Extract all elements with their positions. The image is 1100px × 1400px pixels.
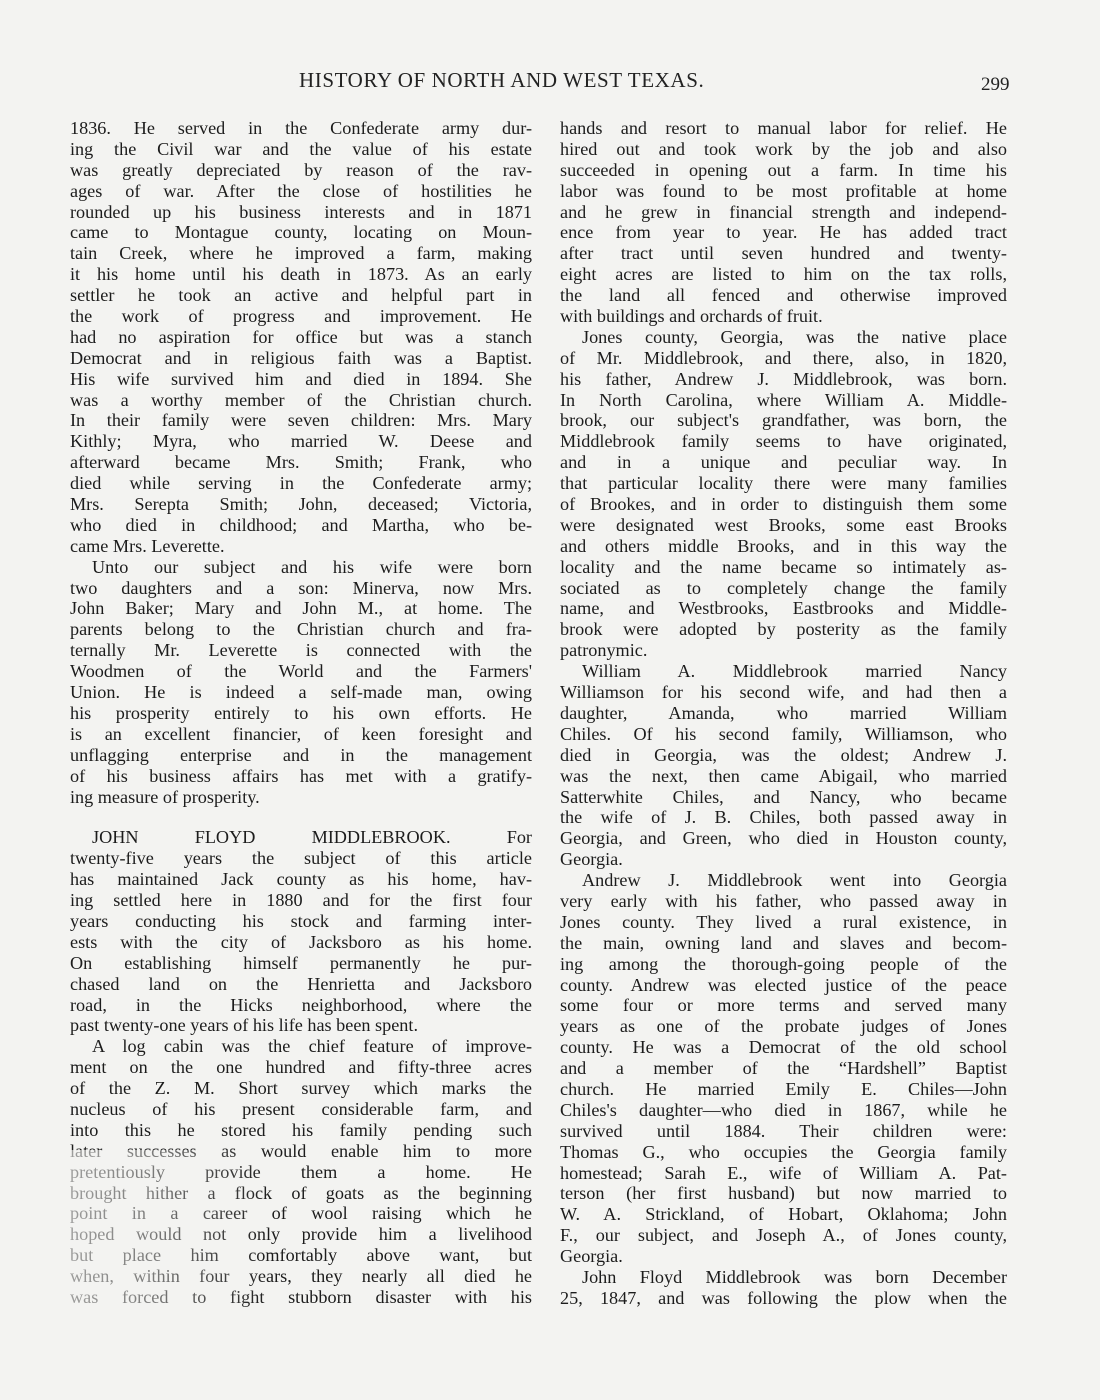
text-line: ternally Mr. Leverette is connected with… [70, 640, 532, 661]
text-line: Georgia. [560, 849, 1007, 870]
text-line: ing the Civil war and the value of his e… [70, 139, 532, 160]
text-line: Middlebrook family seems to have origina… [560, 431, 1007, 452]
text-line: ing settled here in 1880 and for the fir… [70, 890, 532, 911]
text-line: ence from year to year. He has added tra… [560, 222, 1007, 243]
text-line: were designated west Brooks, some east B… [560, 515, 1007, 536]
text-line: his prosperity entirely to his own effor… [70, 703, 532, 724]
text-line: On establishing himself permanently he p… [70, 953, 532, 974]
text-line: brook, our subject's grandfather, was bo… [560, 410, 1007, 431]
text-line: years as one of the probate judges of Jo… [560, 1016, 1007, 1037]
text-line: is an excellent financier, of keen fores… [70, 724, 532, 745]
text-line: locality and the name became so intimate… [560, 557, 1007, 578]
text-line: when, within four years, they nearly all… [70, 1266, 532, 1287]
biography-section-start: JOHN FLOYD MIDDLEBROOK. Fortwenty-five y… [70, 827, 532, 1036]
text-line: church. He married Emily E. Chiles—John [560, 1079, 1007, 1100]
text-line: eight acres are listed to him on the tax… [560, 264, 1007, 285]
text-line: John Baker; Mary and John M., at home. T… [70, 598, 532, 619]
text-line: W. A. Strickland, of Hobart, Oklahoma; J… [560, 1204, 1007, 1225]
paragraph: Andrew J. Middlebrook went into Georgiav… [560, 870, 1007, 1267]
text-line: settler he took an active and helpful pa… [70, 285, 532, 306]
text-line: had no aspiration for office but was a s… [70, 327, 532, 348]
text-line: succeeded in opening out a farm. In time… [560, 160, 1007, 181]
text-line: unflagging enterprise and in the managem… [70, 745, 532, 766]
text-line: tain Creek, where he improved a farm, ma… [70, 243, 532, 264]
text-line: JOHN FLOYD MIDDLEBROOK. For [70, 827, 532, 848]
text-line: and he grew in financial strength and in… [560, 202, 1007, 223]
text-line: it his home until his death in 1873. As … [70, 264, 532, 285]
text-line: the work of progress and improvement. He [70, 306, 532, 327]
text-line: Jones county, Georgia, was the native pl… [560, 327, 1007, 348]
text-line: Kithly; Myra, who married W. Deese and [70, 431, 532, 452]
text-line: daughter, Amanda, who married William [560, 703, 1007, 724]
text-line: Georgia, and Green, who died in Houston … [560, 828, 1007, 849]
text-line: and others middle Brooks, and in this wa… [560, 536, 1007, 557]
text-line: came to Montague county, locating on Mou… [70, 222, 532, 243]
text-line: Chiles. Of his second family, Williamson… [560, 724, 1007, 745]
text-line: was a worthy member of the Christian chu… [70, 390, 532, 411]
text-line: hands and resort to manual labor for rel… [560, 118, 1007, 139]
text-line: chased land on the Henrietta and Jacksbo… [70, 974, 532, 995]
text-line: ages of war. After the close of hostilit… [70, 181, 532, 202]
paragraph: Jones county, Georgia, was the native pl… [560, 327, 1007, 661]
text-line: that particular locality there were many… [560, 473, 1007, 494]
text-line: patronymic. [560, 640, 1007, 661]
text-line: ests with the city of Jacksboro as his h… [70, 932, 532, 953]
text-line: William A. Middlebrook married Nancy [560, 661, 1007, 682]
text-line: came Mrs. Leverette. [70, 536, 532, 557]
text-line: ing measure of prosperity. [70, 787, 532, 808]
right-column: hands and resort to manual labor for rel… [560, 118, 1007, 1309]
text-line: John Floyd Middlebrook was born December [560, 1267, 1007, 1288]
text-line: past twenty-one years of his life has be… [70, 1015, 532, 1036]
running-head: HISTORY OF NORTH AND WEST TEXAS. 299 [0, 68, 1100, 98]
text-line: pretentiously provide them a home. He [70, 1162, 532, 1183]
text-line: the wife of J. B. Chiles, both passed aw… [560, 807, 1007, 828]
text-line: F., our subject, and Joseph A., of Jones… [560, 1225, 1007, 1246]
text-line: hoped would not only provide him a livel… [70, 1224, 532, 1245]
text-line: of his business affairs has met with a g… [70, 766, 532, 787]
section-gap [70, 807, 532, 827]
text-line: His wife survived him and died in 1894. … [70, 369, 532, 390]
text-line: two daughters and a son: Minerva, now Mr… [70, 578, 532, 599]
text-line: some four or more terms and served many [560, 995, 1007, 1016]
text-line: the main, owning land and slaves and bec… [560, 933, 1007, 954]
paragraph: William A. Middlebrook married NancyWill… [560, 661, 1007, 870]
text-line: and a member of the “Hardshell” Baptist [560, 1058, 1007, 1079]
text-line: years conducting his stock and farming i… [70, 911, 532, 932]
text-line: rounded up his business interests and in… [70, 202, 532, 223]
text-line: was greatly depreciated by reason of the… [70, 160, 532, 181]
text-line: into this he stored his family pending s… [70, 1120, 532, 1141]
text-line: In North Carolina, where William A. Midd… [560, 390, 1007, 411]
text-line: hired out and took work by the job and a… [560, 139, 1007, 160]
text-line: nucleus of his present considerable farm… [70, 1099, 532, 1120]
text-line: later successes as would enable him to m… [70, 1141, 532, 1162]
text-line: Unto our subject and his wife were born [70, 557, 532, 578]
text-line: parents belong to the Christian church a… [70, 619, 532, 640]
running-title: HISTORY OF NORTH AND WEST TEXAS. [299, 68, 704, 93]
paragraph: 1836. He served in the Confederate army … [70, 118, 532, 557]
text-line: brook were adopted by posterity as the f… [560, 619, 1007, 640]
text-line: survived until 1884. Their children were… [560, 1121, 1007, 1142]
text-line: Andrew J. Middlebrook went into Georgia [560, 870, 1007, 891]
text-line: Mrs. Serepta Smith; John, deceased; Vict… [70, 494, 532, 515]
text-line: after tract until seven hundred and twen… [560, 243, 1007, 264]
text-line: died while serving in the Confederate ar… [70, 473, 532, 494]
paragraph: John Floyd Middlebrook was born December… [560, 1267, 1007, 1309]
text-line: of the Z. M. Short survey which marks th… [70, 1078, 532, 1099]
text-line: of Brookes, and in order to distinguish … [560, 494, 1007, 515]
text-line: terson (her first husband) but now marri… [560, 1183, 1007, 1204]
text-line: Democrat and in religious faith was a Ba… [70, 348, 532, 369]
text-line: was forced to fight stubborn disaster wi… [70, 1287, 532, 1308]
text-line: Jones county. They lived a rural existen… [560, 912, 1007, 933]
text-line: 25, 1847, and was following the plow whe… [560, 1288, 1007, 1309]
text-line: was the next, then came Abigail, who mar… [560, 766, 1007, 787]
left-column: 1836. He served in the Confederate army … [70, 118, 532, 1308]
text-line: brought hither a flock of goats as the b… [70, 1183, 532, 1204]
text-line: Williamson for his second wife, and had … [560, 682, 1007, 703]
text-line: name, and Westbrooks, Eastbrooks and Mid… [560, 598, 1007, 619]
text-line: and in a unique and peculiar way. In [560, 452, 1007, 473]
text-line: Satterwhite Chiles, and Nancy, who becam… [560, 787, 1007, 808]
text-line: the land all fenced and otherwise improv… [560, 285, 1007, 306]
text-line: county. Andrew was elected justice of th… [560, 975, 1007, 996]
text-line: ment on the one hundred and fifty-three … [70, 1057, 532, 1078]
text-line: county. He was a Democrat of the old sch… [560, 1037, 1007, 1058]
text-line: Thomas G., who occupies the Georgia fami… [560, 1142, 1007, 1163]
text-line: road, in the Hicks neighborhood, where t… [70, 995, 532, 1016]
text-line: sociated as to completely change the fam… [560, 578, 1007, 599]
text-line: ing among the thorough-going people of t… [560, 954, 1007, 975]
page-number: 299 [981, 74, 1010, 96]
text-line: very early with his father, who passed a… [560, 891, 1007, 912]
text-line: homestead; Sarah E., wife of William A. … [560, 1163, 1007, 1184]
text-line: who died in childhood; and Martha, who b… [70, 515, 532, 536]
text-line: afterward became Mrs. Smith; Frank, who [70, 452, 532, 473]
text-line: Union. He is indeed a self-made man, owi… [70, 682, 532, 703]
paragraph: Unto our subject and his wife were bornt… [70, 557, 532, 808]
text-line: Chiles's daughter—who died in 1867, whil… [560, 1100, 1007, 1121]
text-line: In their family were seven children: Mrs… [70, 410, 532, 431]
text-line: with buildings and orchards of fruit. [560, 306, 1007, 327]
text-line: twenty-five years the subject of this ar… [70, 848, 532, 869]
text-line: point in a career of wool raising which … [70, 1203, 532, 1224]
text-line: Georgia. [560, 1246, 1007, 1267]
text-line: of Mr. Middlebrook, and there, also, in … [560, 348, 1007, 369]
text-line: has maintained Jack county as his home, … [70, 869, 532, 890]
text-line: A log cabin was the chief feature of imp… [70, 1036, 532, 1057]
paragraph: A log cabin was the chief feature of imp… [70, 1036, 532, 1308]
paragraph: hands and resort to manual labor for rel… [560, 118, 1007, 327]
text-line: but place him comfortably above want, bu… [70, 1245, 532, 1266]
text-line: labor was found to be most profitable at… [560, 181, 1007, 202]
text-line: 1836. He served in the Confederate army … [70, 118, 532, 139]
text-line: died in Georgia, was the oldest; Andrew … [560, 745, 1007, 766]
text-line: his father, Andrew J. Middlebrook, was b… [560, 369, 1007, 390]
text-line: Woodmen of the World and the Farmers' [70, 661, 532, 682]
